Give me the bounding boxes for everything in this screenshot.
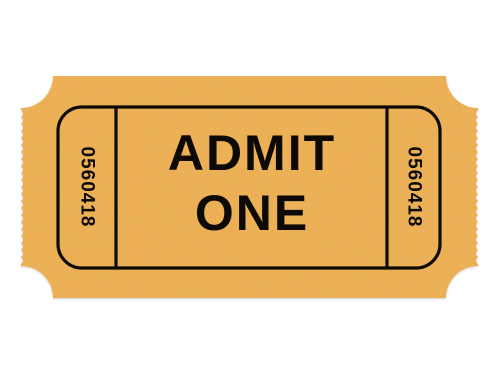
headline-one: ONE: [117, 188, 387, 238]
serial-number-left: 0560418: [78, 147, 97, 228]
headline-admit: ADMIT: [117, 128, 387, 178]
serial-number-right: 0560418: [405, 147, 424, 228]
